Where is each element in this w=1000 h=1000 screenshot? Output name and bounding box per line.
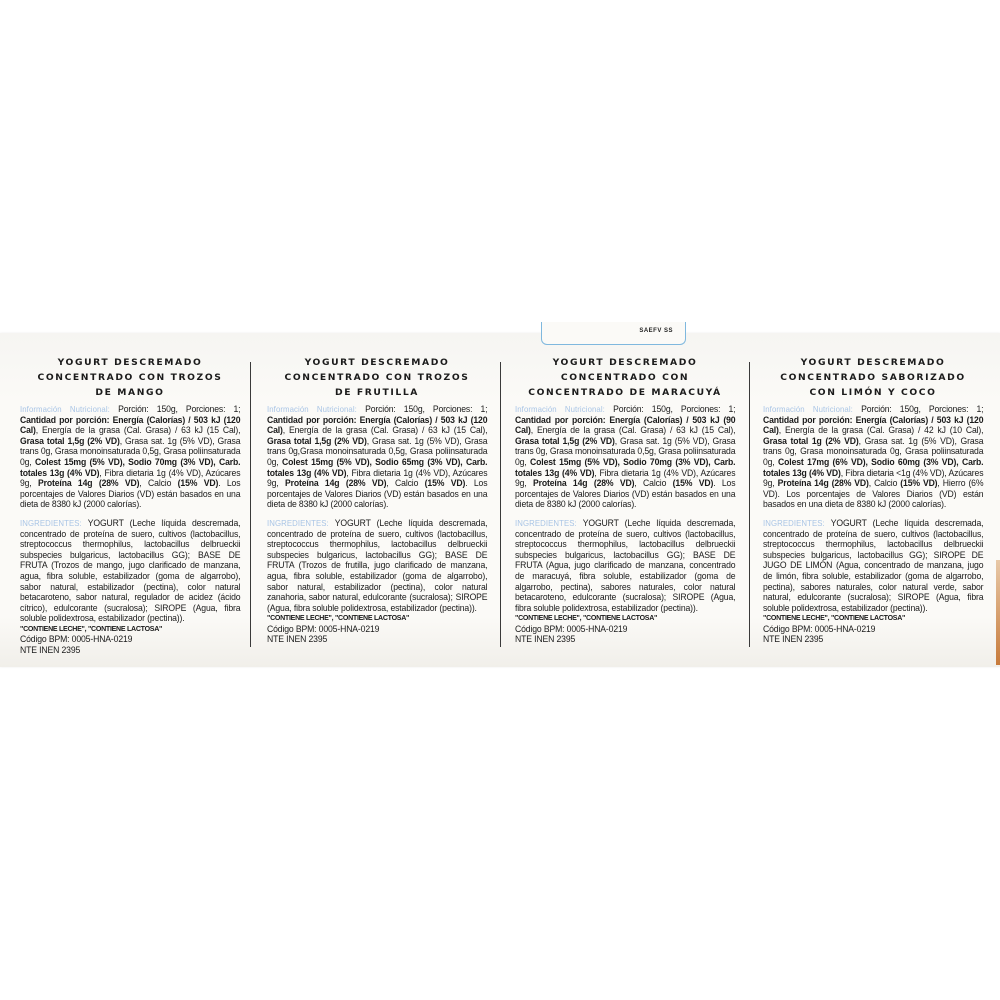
protein: Proteína 14g (28% VD) [285, 478, 386, 488]
ingredients-text: YOGURT (Leche líquida descremada, concen… [267, 518, 487, 613]
panel-divider [500, 362, 501, 647]
nutrition-label: Información Nutricional: [267, 404, 357, 414]
serving-size: Porción: 150g, Porciones: 1; [118, 404, 240, 414]
cholesterol: Colest 15mg (5% VD) [35, 457, 122, 467]
title-line: DE MANGO [20, 385, 240, 400]
fat-energy: , Energía de la grasa (Cal. Grasa) / 42 … [779, 425, 984, 435]
serving-size: Porción: 150g, Porciones: 1; [613, 404, 735, 414]
serving-size: Porción: 150g, Porciones: 1; [365, 404, 487, 414]
title-line: CONCENTRADO CON TROZOS [267, 370, 487, 385]
allergen-warning: "CONTIENE LECHE", "CONTIENE LACTOSA" [763, 613, 983, 624]
bpm-code: Código BPM: 0005-HNA-0219 [20, 634, 240, 645]
ingredients-label: INGREDIENTES: [20, 518, 82, 528]
panel-divider [749, 362, 750, 647]
title-line: YOGURT DESCREMADO [267, 355, 487, 370]
calcium: (15% VD) [900, 478, 937, 488]
nutrition-label: Información Nutricional: [515, 404, 605, 414]
calcium-label: , Calcio [869, 478, 901, 488]
sodium: Sodio 70mg (3% VD) [128, 457, 213, 467]
nutrition-label: Información Nutricional: [763, 404, 853, 414]
ingredients-block: INGREDIENTES: YOGURT (Leche líquida desc… [763, 518, 983, 645]
title-line: YOGURT DESCREMADO [763, 355, 983, 370]
ingredients-label: INGREDIENTES: [515, 518, 577, 528]
protein: Proteína 14g (28% VD) [533, 478, 634, 488]
panel-divider [250, 362, 251, 647]
sodium: Sodio 65mg (3% VD) [375, 457, 460, 467]
ingredients-text: YOGURT (Leche líquida descremada, concen… [20, 518, 240, 623]
cholesterol: Colest 15mg (5% VD) [530, 457, 617, 467]
product-title: YOGURT DESCREMADO CONCENTRADO CON TROZOS… [20, 355, 240, 400]
total-fat: Grasa total 1,5g (2% VD) [267, 436, 367, 446]
calcium-label: , Calcio [139, 478, 177, 488]
calcium-label: , Calcio [634, 478, 672, 488]
total-fat: Grasa total 1,5g (2% VD) [20, 436, 120, 446]
protein: Proteína 14g (28% VD) [38, 478, 139, 488]
ingredients-label: INGREDIENTES: [763, 518, 825, 528]
allergen-warning: "CONTIENE LECHE", "CONTIENE LACTOSA" [267, 613, 487, 624]
product-panel: YOGURT DESCREMADO CONCENTRADO CON TROZOS… [267, 355, 487, 645]
nutrition-facts: Información Nutricional: Porción: 150g, … [763, 404, 983, 645]
package-tab-outline: SAEFV SS [541, 322, 686, 345]
total-fat: Grasa total 1,5g (2% VD) [515, 436, 615, 446]
nutrition-facts: Información Nutricional: Porción: 150g, … [515, 404, 735, 645]
bpm-code: Código BPM: 0005-HNA-0219 [267, 624, 487, 635]
inen-standard: NTE INEN 2395 [267, 634, 487, 645]
title-line: DE FRUTILLA [267, 385, 487, 400]
calcium: (15% VD) [178, 478, 219, 488]
inen-standard: NTE INEN 2395 [515, 634, 735, 645]
ingredients-text: YOGURT (Leche líquida descremada, concen… [515, 518, 735, 613]
calcium: (15% VD) [425, 478, 466, 488]
sodium: Sodio 70mg (3% VD) [623, 457, 708, 467]
inen-standard: NTE INEN 2395 [763, 634, 983, 645]
product-title: YOGURT DESCREMADO CONCENTRADO CON TROZOS… [267, 355, 487, 400]
nutrition-facts: Información Nutricional: Porción: 150g, … [20, 404, 240, 656]
total-fat: Grasa total 1g (2% VD) [763, 436, 859, 446]
ingredients-block: INGREDIENTES: YOGURT (Leche líquida desc… [515, 518, 735, 645]
title-line: CON LIMÓN Y COCO [763, 385, 983, 400]
serving-size: Porción: 150g, Porciones: 1; [861, 404, 983, 414]
bpm-code: Código BPM: 0005-HNA-0219 [763, 624, 983, 635]
daily-values-footnote: . Los porcentajes de Valores Diarios (VD… [763, 489, 983, 510]
product-panel: YOGURT DESCREMADO CONCENTRADO CON CONCEN… [515, 355, 735, 645]
calcium-label: , Calcio [386, 478, 424, 488]
product-panel: YOGURT DESCREMADO CONCENTRADO SABORIZADO… [763, 355, 983, 645]
cholesterol: Colest 17mg (6% VD) [778, 457, 865, 467]
allergen-warning: "CONTIENE LECHE", "CONTIENE LACTOSA" [515, 613, 735, 624]
inen-standard: NTE INEN 2395 [20, 645, 240, 656]
title-line: CONCENTRADO SABORIZADO [763, 370, 983, 385]
cholesterol: Colest 15mg (5% VD) [282, 457, 369, 467]
title-line: CONCENTRADO CON [515, 370, 735, 385]
title-line: YOGURT DESCREMADO [20, 355, 240, 370]
title-line: YOGURT DESCREMADO [515, 355, 735, 370]
calcium: (15% VD) [673, 478, 714, 488]
ingredients-label: INGREDIENTES: [267, 518, 329, 528]
protein: Proteína 14g (28% VD) [778, 478, 869, 488]
product-title: YOGURT DESCREMADO CONCENTRADO SABORIZADO… [763, 355, 983, 400]
fat-energy: , Energía de la grasa (Cal. Grasa) / 63 … [531, 425, 736, 435]
ingredients-block: INGREDIENTES: YOGURT (Leche líquida desc… [20, 518, 240, 656]
package-edge [996, 560, 1000, 665]
nutrition-label: Información Nutricional: [20, 404, 110, 414]
allergen-warning: "CONTIENE LECHE", "CONTIENE LACTOSA" [20, 624, 240, 635]
fat-energy: , Energía de la grasa (Cal. Grasa) / 63 … [36, 425, 241, 435]
sodium: Sodio 60mg (3% VD) [871, 457, 956, 467]
ingredients-text: YOGURT (Leche líquida descremada, concen… [763, 518, 983, 613]
product-title: YOGURT DESCREMADO CONCENTRADO CON CONCEN… [515, 355, 735, 400]
fat-energy: , Energía de la grasa (Cal. Grasa) / 63 … [283, 425, 488, 435]
title-line: CONCENTRADO DE MARACUYÁ [515, 385, 735, 400]
bpm-code: Código BPM: 0005-HNA-0219 [515, 624, 735, 635]
ingredients-block: INGREDIENTES: YOGURT (Leche líquida desc… [267, 518, 487, 645]
title-line: CONCENTRADO CON TROZOS [20, 370, 240, 385]
product-panel: YOGURT DESCREMADO CONCENTRADO CON TROZOS… [20, 355, 240, 656]
tab-text: SAEFV SS [639, 328, 673, 334]
nutrition-facts: Información Nutricional: Porción: 150g, … [267, 404, 487, 645]
